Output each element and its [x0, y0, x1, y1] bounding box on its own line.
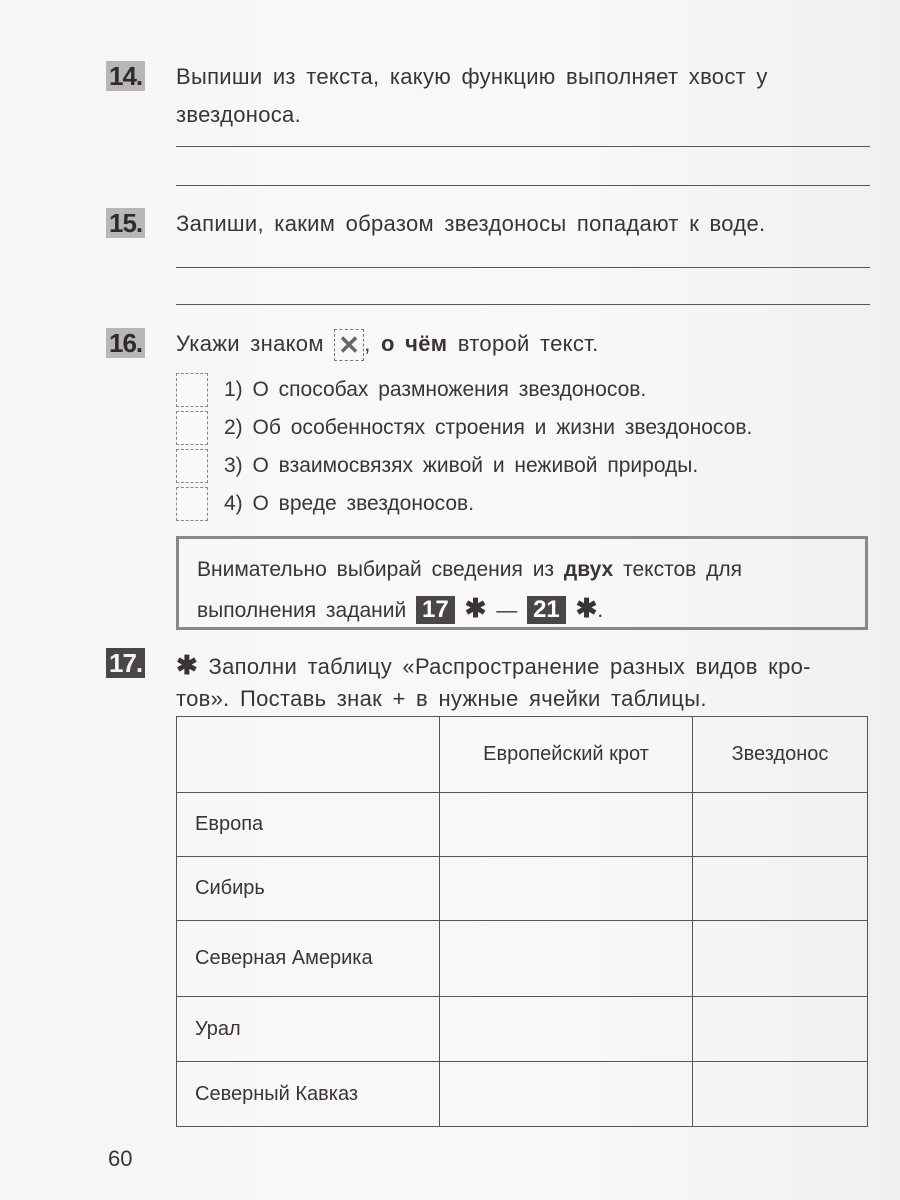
answer-cell[interactable]: [440, 1062, 693, 1127]
notice-line-1: Внимательно выбирай сведения из двух тек…: [197, 551, 847, 589]
task-tag-17: 17: [416, 596, 455, 624]
asterisk-icon: ✱: [576, 593, 598, 623]
page-number: 60: [108, 1146, 132, 1172]
answer-cell[interactable]: [693, 921, 868, 997]
notice-text: текстов для: [623, 558, 742, 581]
table-header-row: Европейский крот Звездонос: [177, 717, 868, 793]
option-label: 1) О способах размножения звездоносов.: [224, 378, 646, 402]
task-14-answer-line-2[interactable]: [176, 185, 870, 186]
asterisk-icon: ✱: [176, 650, 198, 680]
region-cell: Северный Кавказ: [177, 1062, 440, 1127]
task-14-answer-line-1[interactable]: [176, 146, 870, 147]
task-16-option-2[interactable]: 2) Об особенностях строения и жизни звез…: [176, 411, 752, 445]
answer-cell[interactable]: [440, 997, 693, 1062]
table-row: Сибирь: [177, 857, 868, 921]
table-row: Урал: [177, 997, 868, 1062]
cross-mark-icon: ✕: [334, 329, 364, 361]
checkbox[interactable]: [176, 487, 208, 521]
task-tag-21: 21: [527, 596, 566, 624]
task-17-text: Заполни таблицу «Распространение разных …: [209, 654, 811, 679]
header-cell: Европейский крот: [440, 717, 693, 793]
task-15-answer-line-2[interactable]: [176, 304, 870, 305]
checkbox[interactable]: [176, 411, 208, 445]
task-14-number: 14.: [106, 61, 145, 91]
answer-cell[interactable]: [440, 857, 693, 921]
task-16-prompt: Укажи знаком ✕, о чём второй текст.: [176, 325, 599, 363]
notice-text: выполнения заданий: [197, 599, 406, 622]
header-cell: [177, 717, 440, 793]
task-16-text-before: Укажи знаком: [176, 331, 324, 356]
table-row: Европа: [177, 793, 868, 857]
task-14-line1: Выпиши из текста, какую функцию выполняе…: [176, 58, 870, 96]
period: .: [597, 599, 603, 622]
task-16-option-1[interactable]: 1) О способах размножения звездоносов.: [176, 373, 646, 407]
option-label: 4) О вреде звездоносов.: [224, 492, 474, 516]
region-cell: Северная Америка: [177, 921, 440, 997]
answer-cell[interactable]: [693, 793, 868, 857]
distribution-table: Европейский крот Звездонос Европа Сибирь…: [176, 716, 868, 1127]
notice-line-2: выполнения заданий 17 ✱ — 21 ✱.: [197, 589, 847, 630]
answer-cell[interactable]: [693, 1062, 868, 1127]
task-17-number: 17.: [106, 648, 145, 678]
task-14-prompt: Выпиши из текста, какую функцию выполняе…: [176, 58, 870, 134]
region-cell: Урал: [177, 997, 440, 1062]
option-label: 2) Об особенностях строения и жизни звез…: [224, 416, 752, 440]
answer-cell[interactable]: [440, 793, 693, 857]
task-15-prompt: Запиши, каким образом звездоносы попадаю…: [176, 205, 765, 243]
notice-text: Внимательно выбирай сведения из: [197, 558, 554, 581]
answer-cell[interactable]: [440, 921, 693, 997]
answer-cell[interactable]: [693, 857, 868, 921]
table-row: Северный Кавказ: [177, 1062, 868, 1127]
asterisk-icon: ✱: [465, 593, 487, 623]
task-16-option-4[interactable]: 4) О вреде звездоносов.: [176, 487, 474, 521]
task-16-text-after: второй текст.: [458, 331, 599, 356]
workbook-page: 14. Выпиши из текста, какую функцию выпо…: [0, 0, 900, 1200]
task-16-number: 16.: [106, 328, 145, 358]
task-15-answer-line-1[interactable]: [176, 267, 870, 268]
task-15-number: 15.: [106, 208, 145, 238]
region-cell: Европа: [177, 793, 440, 857]
checkbox[interactable]: [176, 449, 208, 483]
task-17-prompt: ✱ Заполни таблицу «Распространение разны…: [176, 646, 870, 718]
header-cell: Звездонос: [693, 717, 868, 793]
task-14-line2: звездоноса.: [176, 96, 870, 134]
task-16-option-3[interactable]: 3) О взаимосвязях живой и неживой природ…: [176, 449, 698, 483]
instruction-notice: Внимательно выбирай сведения из двух тек…: [176, 536, 868, 630]
region-cell: Сибирь: [177, 857, 440, 921]
answer-cell[interactable]: [693, 997, 868, 1062]
option-label: 3) О взаимосвязях живой и неживой природ…: [224, 454, 698, 478]
dash: —: [496, 599, 517, 622]
checkbox[interactable]: [176, 373, 208, 407]
notice-bold: двух: [564, 558, 613, 581]
task-16-text-bold: о чём: [381, 331, 447, 356]
table-row: Северная Америка: [177, 921, 868, 997]
